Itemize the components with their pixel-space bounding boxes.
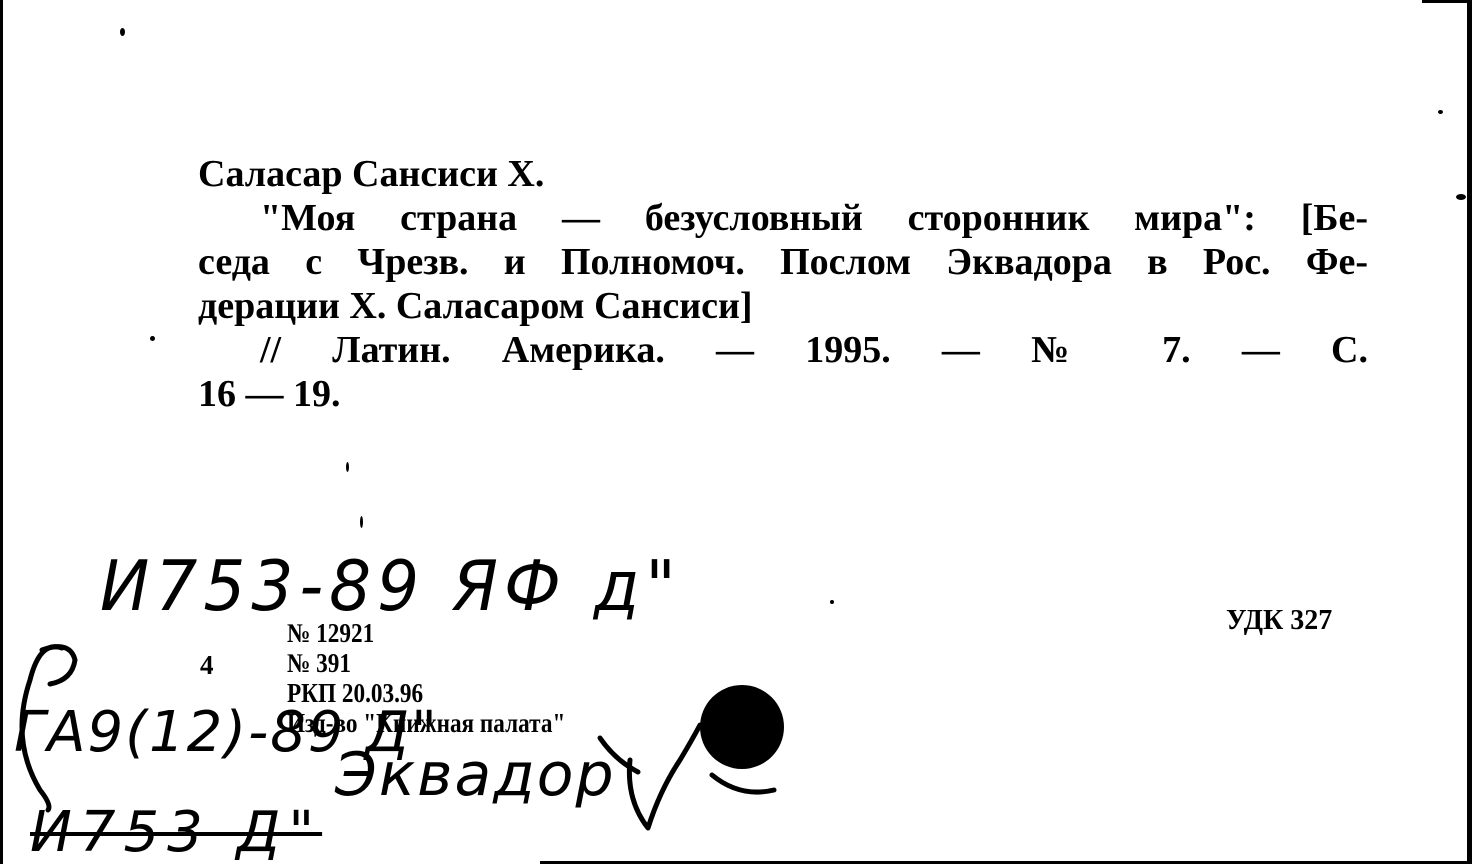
- bibliographic-entry: Саласар Сансиси Х. "Моя страна — безусло…: [198, 152, 1368, 416]
- scan-speck: [360, 516, 363, 528]
- author-heading: Саласар Сансиси Х.: [198, 152, 1368, 196]
- catalog-card: Саласар Сансиси Х. "Моя страна — безусло…: [0, 0, 1472, 864]
- card-edge-right: [1467, 0, 1472, 864]
- scan-speck: [1438, 110, 1443, 114]
- handwritten-struck-code: И753 Д": [30, 800, 322, 864]
- scan-speck: [1456, 194, 1466, 200]
- source-line-2: 16 — 19.: [198, 372, 1368, 416]
- scan-speck: [830, 600, 834, 604]
- scan-speck: [346, 462, 349, 472]
- scan-speck: [150, 336, 155, 341]
- title-line-3: дерации Х. Саласаром Сансиси]: [198, 284, 1368, 328]
- card-edge-left: [0, 0, 3, 864]
- title-line-2: седа с Чрезв. и Полномоч. Послом Эквадор…: [198, 240, 1368, 284]
- check-mark-stroke: [629, 725, 700, 828]
- punch-hole: [700, 685, 784, 769]
- card-edge-top: [1422, 0, 1472, 3]
- card-number: № 391: [287, 648, 565, 678]
- handwritten-country: Эквадор: [335, 740, 616, 810]
- stamp-arc-stroke: [712, 775, 774, 792]
- hook-stroke: [42, 647, 75, 684]
- copies-count: 4: [200, 650, 214, 681]
- title-line-1: "Моя страна — безусловный сторонник мира…: [198, 196, 1368, 240]
- handwritten-top-code: И753-89 ЯФ д": [100, 546, 682, 627]
- udk-code: УДК 327: [1226, 605, 1332, 637]
- source-line-1: // Латин. Америка. — 1995. — № 7. — С.: [198, 328, 1368, 372]
- scan-speck: [120, 28, 125, 36]
